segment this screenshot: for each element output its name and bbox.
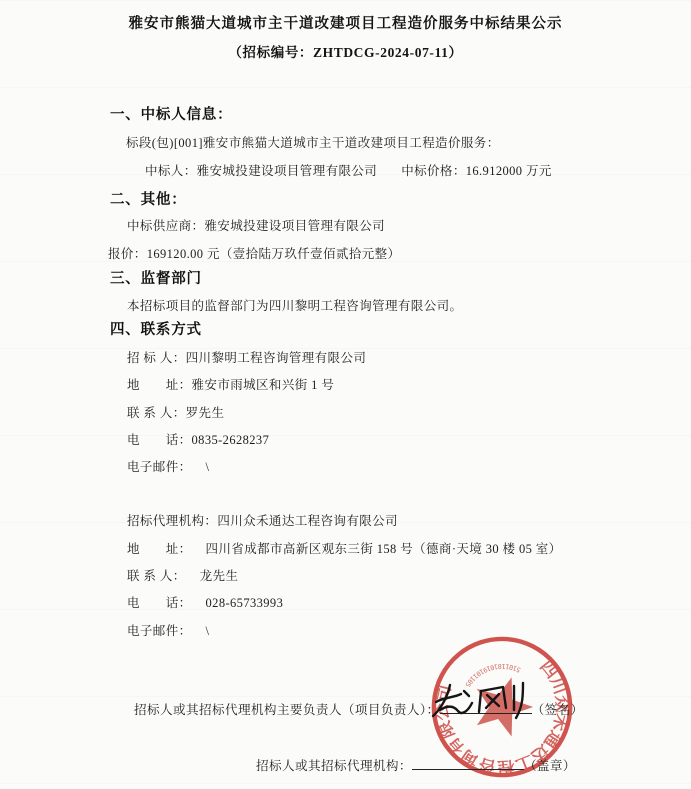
agency-phone-label: 电 话： xyxy=(127,596,192,610)
supervision-line: 本招标项目的监督部门为四川黎明工程咨询管理有限公司。 xyxy=(127,299,462,315)
tenderer-email-value: \ xyxy=(206,460,210,474)
tenderer-name-label: 招 标 人： xyxy=(127,351,186,365)
agency-email-label: 电子邮件： xyxy=(127,624,192,638)
winner-line: 中标人：雅安城投建设项目管理有限公司中标价格：16.912000 万元 xyxy=(145,164,552,180)
sign-label: 招标人或其招标代理机构主要负责人（项目负责人）： xyxy=(134,703,440,717)
quote-line: 报价：169120.00 元（壹拾陆万玖仟壹佰贰拾元整） xyxy=(108,247,400,263)
tenderer-name-row: 招 标 人：四川黎明工程咨询管理有限公司 xyxy=(127,351,366,367)
agency-name-value: 四川众禾通达工程咨询有限公司 xyxy=(217,514,398,528)
supplier-name: 雅安城投建设项目管理有限公司 xyxy=(204,219,385,233)
agency-contact-value: 龙先生 xyxy=(200,569,239,583)
section3-heading: 三、监督部门 xyxy=(110,270,202,288)
quote-label: 报价： xyxy=(108,247,147,261)
tenderer-phone-label: 电 话： xyxy=(127,433,192,447)
tenderer-addr-label: 地 址： xyxy=(127,378,192,392)
agency-phone-value: 028-65733993 xyxy=(206,596,284,610)
stamp-label: 招标人或其招标代理机构： xyxy=(256,759,412,773)
tenderer-email-row: 电子邮件：\ xyxy=(127,460,209,476)
agency-name-row: 招标代理机构：四川众禾通达工程咨询有限公司 xyxy=(127,514,398,530)
price-value: 16.912000 万元 xyxy=(466,164,552,178)
quote-value: 169120.00 元（壹拾陆万玖仟壹佰贰拾元整） xyxy=(147,247,401,261)
tender-number: （招标编号：ZHTDCG-2024-07-11） xyxy=(0,45,691,62)
supplier-line: 中标供应商：雅安城投建设项目管理有限公司 xyxy=(127,219,385,235)
agency-addr-value: 四川省成都市高新区观东三街 158 号（德商·天境 30 楼 05 室） xyxy=(206,542,562,556)
section4-heading: 四、联系方式 xyxy=(110,321,202,339)
stamp-underline xyxy=(412,756,524,770)
agency-addr-label: 地 址： xyxy=(127,542,192,556)
agency-contact-label: 联 系 人： xyxy=(127,569,186,583)
tenderer-addr-value: 雅安市雨城区和兴街 1 号 xyxy=(192,378,335,392)
tenderer-phone-row: 电 话：0835-2628237 xyxy=(127,433,269,449)
agency-name-label: 招标代理机构： xyxy=(127,514,217,528)
agency-email-row: 电子邮件：\ xyxy=(127,624,209,640)
tenderer-email-label: 电子邮件： xyxy=(127,460,192,474)
page-title: 雅安市熊猫大道城市主干道改建项目工程造价服务中标结果公示 xyxy=(0,15,691,33)
tenderer-name-value: 四川黎明工程咨询管理有限公司 xyxy=(186,351,367,365)
price-label: 中标价格： xyxy=(401,164,466,178)
tenderer-contact-row: 联 系 人：罗先生 xyxy=(127,406,224,422)
supplier-label: 中标供应商： xyxy=(127,219,204,233)
section1-heading: 一、中标人信息： xyxy=(110,106,232,124)
tenderer-addr-row: 地 址：雅安市雨城区和兴街 1 号 xyxy=(127,378,334,394)
tenderer-phone-value: 0835-2628237 xyxy=(192,433,270,447)
section2-heading: 二、其他： xyxy=(110,191,187,209)
stamp-suffix: （盖章） xyxy=(524,759,576,773)
lot-line: 标段(包)[001]雅安市熊猫大道城市主干道改建项目工程造价服务： xyxy=(126,136,500,152)
agency-contact-row: 联 系 人：龙先生 xyxy=(127,569,238,585)
winner-name: 雅安城投建设项目管理有限公司 xyxy=(197,164,378,178)
document-page: 雅安市熊猫大道城市主干道改建项目工程造价服务中标结果公示 （招标编号：ZHTDC… xyxy=(0,0,691,789)
tenderer-contact-label: 联 系 人： xyxy=(127,406,186,420)
agency-addr-row: 地 址：四川省成都市高新区观东三街 158 号（德商·天境 30 楼 05 室） xyxy=(127,542,562,558)
agency-phone-row: 电 话：028-65733993 xyxy=(127,596,283,612)
winner-label: 中标人： xyxy=(145,164,197,178)
agency-email-value: \ xyxy=(206,624,210,638)
signature-handwriting xyxy=(429,680,545,724)
stamp-line: 招标人或其招标代理机构：（盖章） xyxy=(256,756,576,775)
tenderer-contact-value: 罗先生 xyxy=(186,406,225,420)
